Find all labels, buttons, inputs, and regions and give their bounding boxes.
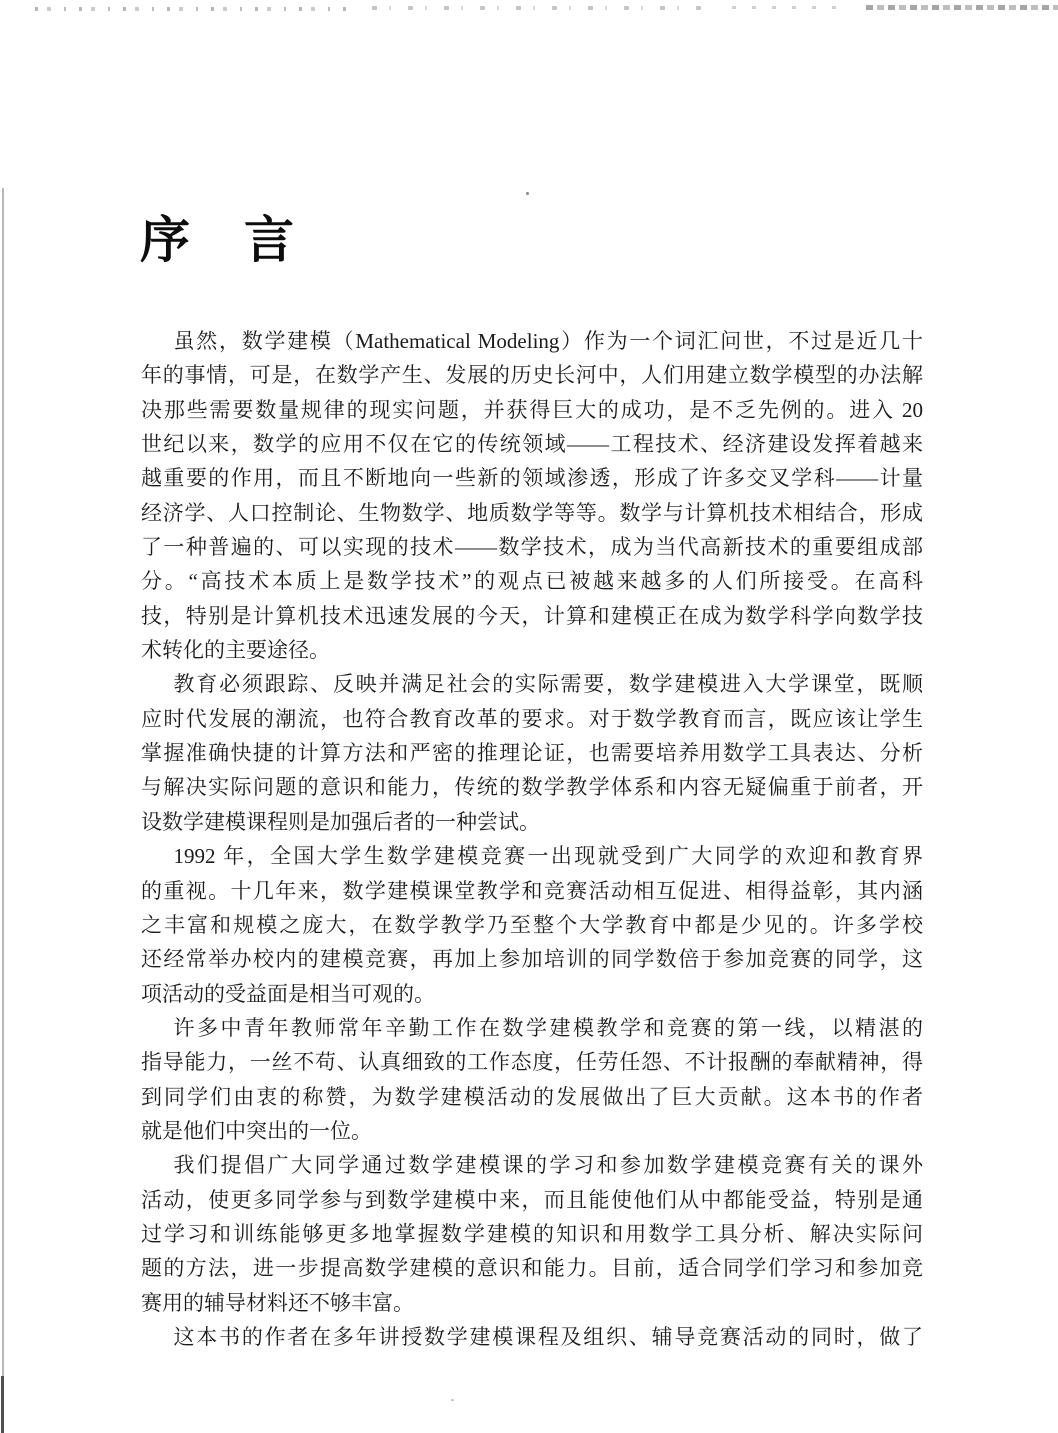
text-line: 技，特别是计算机技术迅速发展的今天，计算和建模正在成为数学科学向数学技: [141, 599, 923, 633]
text-line: 分。“高技术本质上是数学技术”的观点已被越来越多的人们所接受。在高科: [141, 564, 923, 598]
text-line: 许多中青年教师常年辛勤工作在数学建模教学和竞赛的第一线，以精湛的: [141, 1011, 923, 1045]
text-line: 到同学们由衷的称赞，为数学建模活动的发展做出了巨大贡献。这本书的作者: [141, 1080, 923, 1114]
text-line: 1992 年，全国大学生数学建模竞赛一出现就受到广大同学的欢迎和教育界: [141, 839, 923, 873]
text-line: 之丰富和规模之庞大，在数学教学乃至整个大学教育中都是少见的。许多学校: [141, 908, 923, 942]
scan-speckle: [526, 192, 529, 195]
text-line: 题的方法，进一步提高数学建模的意识和能力。目前，适合同学们学习和参加竞: [141, 1251, 923, 1285]
text-line: 虽然，数学建模（Mathematical Modeling）作为一个词汇问世，不…: [141, 324, 923, 358]
scan-noise-strip: [35, 7, 350, 11]
text-line: 赛用的辅导材料还不够丰富。: [141, 1286, 923, 1320]
text-line: 这本书的作者在多年讲授数学建模课程及组织、辅导竞赛活动的同时，做了: [141, 1320, 923, 1354]
text-line: 的重视。十几年来，数学建模课堂教学和竞赛活动相互促进、相得益彰，其内涵: [141, 874, 923, 908]
text-line: 决那些需要数量规律的现实问题，并获得巨大的成功，是不乏先例的。进入 20: [141, 393, 923, 427]
text-line: 过学习和训练能够更多地掌握数学建模的知识和用数学工具分析、解决实际问: [141, 1217, 923, 1251]
text-line: 设数学建模课程则是加强后者的一种尝试。: [141, 805, 923, 839]
text-line: 我们提倡广大同学通过数学建模课的学习和参加数学建模竞赛有关的课外: [141, 1148, 923, 1182]
text-line: 就是他们中突出的一位。: [141, 1114, 923, 1148]
text-line: 还经常举办校内的建模竞赛，再加上参加培训的同学数倍于参加竞赛的同学，这: [141, 942, 923, 976]
text-line: 经济学、人口控制论、生物数学、地质数学等等。数学与计算机技术相结合，形成: [141, 496, 923, 530]
text-line: 术转化的主要途径。: [141, 633, 923, 667]
scan-noise-strip: [372, 6, 702, 10]
scan-noise-strip: [866, 5, 1058, 10]
text-line: 与解决实际问题的意识和能力，传统的数学教学体系和内容无疑偏重于前者，开: [141, 770, 923, 804]
scan-noise-strip: [732, 6, 844, 9]
text-line: 掌握准确快捷的计算方法和严密的推理论证，也需要培养用数学工具表达、分析: [141, 736, 923, 770]
text-line: 指导能力，一丝不苟、认真细致的工作态度，任劳任怨、不计报酬的奉献精神，得: [141, 1045, 923, 1079]
text-line: 了一种普遍的、可以实现的技术——数学技术，成为当代高新技术的重要组成部: [141, 530, 923, 564]
text-line: 应时代发展的潮流，也符合教育改革的要求。对于数学教育而言，既应该让学生: [141, 702, 923, 736]
scan-edge-line: [1, 1376, 4, 1433]
scan-speckle: [451, 1399, 454, 1401]
text-line: 年的事情，可是，在数学产生、发展的历史长河中，人们用建立数学模型的办法解: [141, 358, 923, 392]
scanned-book-page: 序 言 虽然，数学建模（Mathematical Modeling）作为一个词汇…: [0, 0, 1058, 1433]
text-line: 越重要的作用，而且不断地向一些新的领域渗透，形成了许多交叉学科——计量: [141, 461, 923, 495]
text-line: 项活动的受益面是相当可观的。: [141, 977, 923, 1011]
body-text: 虽然，数学建模（Mathematical Modeling）作为一个词汇问世，不…: [141, 324, 923, 1354]
scan-edge-line: [2, 188, 4, 1433]
text-line: 活动，使更多同学参与到数学建模中来，而且能使他们从中都能受益，特别是通: [141, 1183, 923, 1217]
text-line: 教育必须跟踪、反映并满足社会的实际需要，数学建模进入大学课堂，既顺: [141, 667, 923, 701]
page-title: 序 言: [140, 210, 296, 270]
text-line: 世纪以来，数学的应用不仅在它的传统领域——工程技术、经济建设发挥着越来: [141, 427, 923, 461]
